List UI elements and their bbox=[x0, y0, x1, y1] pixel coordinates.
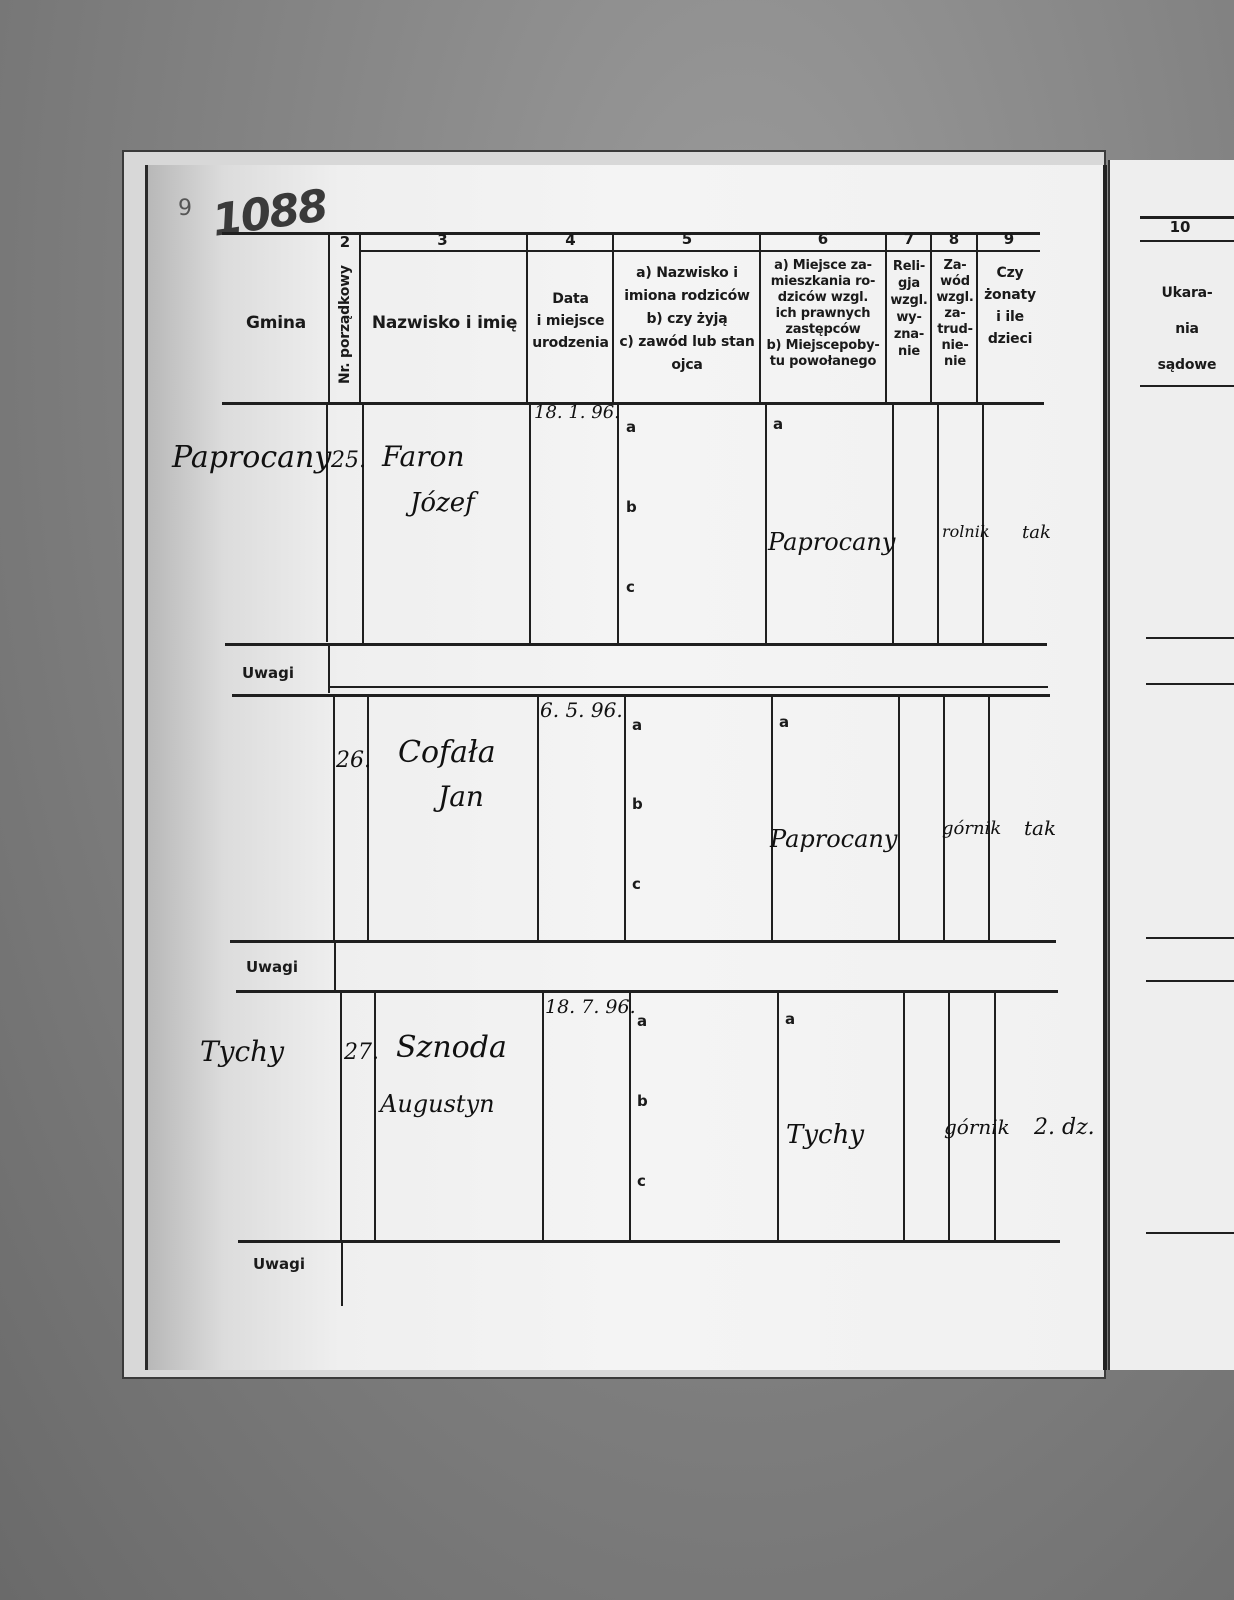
surname-value: Sznoda bbox=[396, 1030, 507, 1065]
col8-header-line: wód bbox=[932, 274, 978, 290]
col4-header-line: i miejsce bbox=[528, 310, 613, 332]
row-rule bbox=[232, 694, 1050, 697]
col-num-5: 5 bbox=[614, 230, 760, 248]
col9-header-line: żonaty bbox=[978, 284, 1042, 306]
header-divider bbox=[976, 232, 978, 402]
col4-header-line: urodzenia bbox=[528, 332, 613, 354]
col2-header: Nr. porządkowy bbox=[332, 252, 358, 397]
col5-header-line: imiona rodziców bbox=[614, 285, 760, 308]
row-rule bbox=[236, 990, 1058, 993]
header-divider bbox=[759, 232, 761, 402]
col6-header-line: zastępców bbox=[760, 322, 886, 338]
row-divider bbox=[537, 696, 539, 942]
row-divider bbox=[903, 992, 905, 1242]
col9-header: Czy żonaty i ile dzieci bbox=[978, 262, 1042, 350]
header-divider bbox=[328, 232, 330, 402]
row-rule bbox=[238, 1240, 1060, 1243]
col-num-4: 4 bbox=[528, 231, 613, 249]
remarks-divider bbox=[341, 1240, 343, 1306]
row-divider bbox=[333, 694, 335, 942]
row-divider bbox=[624, 696, 626, 942]
residence-value: Paprocany bbox=[770, 825, 897, 853]
col7-header-line: nie bbox=[886, 343, 932, 360]
row-divider bbox=[529, 402, 531, 644]
sub-label-a: a bbox=[626, 418, 636, 436]
nr-value: 27. bbox=[344, 1040, 379, 1065]
col7-header-line: zna- bbox=[886, 326, 932, 343]
nr-value: 25. bbox=[331, 448, 366, 473]
row-divider bbox=[771, 696, 773, 942]
col9-header-line: dzieci bbox=[978, 328, 1042, 350]
col10-header: Ukara- nia sądowe bbox=[1140, 275, 1234, 383]
col8-header-line: nie bbox=[932, 354, 978, 370]
row-divider bbox=[340, 992, 342, 1242]
col10-header-line: Ukara- bbox=[1140, 275, 1234, 311]
col6-header-line: dziców wzgl. bbox=[760, 290, 886, 306]
married-value: tak bbox=[1022, 522, 1051, 543]
remarks-field bbox=[332, 652, 1042, 684]
row-divider bbox=[367, 696, 369, 942]
gmina-value: Tychy bbox=[200, 1035, 284, 1068]
col8-header-line: wzgl. bbox=[932, 290, 978, 306]
row-divider bbox=[898, 696, 900, 942]
row-divider bbox=[892, 402, 894, 644]
col10-header-line: sądowe bbox=[1140, 347, 1234, 383]
sub-label-a: a bbox=[773, 415, 783, 433]
col-num-3: 3 bbox=[360, 231, 525, 249]
remarks-field bbox=[338, 948, 1050, 980]
row-rule bbox=[230, 940, 1056, 943]
gmina-value: Paprocany bbox=[172, 440, 331, 475]
row-rule bbox=[225, 643, 1047, 646]
col8-header-line: nie- bbox=[932, 338, 978, 354]
given-name-value: Jan bbox=[438, 780, 484, 813]
sub-label-a: a bbox=[637, 1012, 647, 1030]
header-bottom-rule bbox=[222, 402, 1044, 405]
remarks-divider bbox=[334, 940, 336, 992]
surname-value: Faron bbox=[382, 440, 465, 473]
sub-label-c: c bbox=[637, 1172, 646, 1190]
residence-value: Paprocany bbox=[768, 528, 895, 556]
col10-rule bbox=[1146, 1232, 1234, 1234]
col5-header-line: c) zawód lub stan bbox=[614, 331, 760, 354]
col6-header-line: mieszkania ro- bbox=[760, 274, 886, 290]
header-divider bbox=[359, 232, 361, 402]
birth-date-value: 6. 5. 96. bbox=[540, 698, 623, 722]
col-num-8: 8 bbox=[932, 230, 976, 248]
row-divider bbox=[542, 992, 544, 1242]
col10-rule bbox=[1146, 637, 1234, 639]
occupation-value: górnik bbox=[944, 1115, 1010, 1139]
row-divider bbox=[326, 402, 328, 642]
remarks-label: Uwagi bbox=[253, 1255, 305, 1273]
col-num-10: 10 bbox=[1140, 218, 1220, 236]
nr-value: 26. bbox=[336, 748, 371, 773]
col5-header-line: b) czy żyją bbox=[614, 308, 760, 331]
col-num-2: 2 bbox=[330, 233, 360, 251]
occupation-value: rolnik bbox=[942, 522, 990, 541]
col-num-6: 6 bbox=[760, 230, 886, 248]
col3-header: Nazwisko i imię bbox=[362, 315, 527, 331]
col5-header-line: a) Nazwisko i bbox=[614, 262, 760, 285]
col10-rule bbox=[1146, 937, 1234, 939]
col6-header-line: ich prawnych bbox=[760, 306, 886, 322]
sub-label-a: a bbox=[785, 1010, 795, 1028]
sub-label-a: a bbox=[779, 713, 789, 731]
col7-header: Reli- gja wzgl. wy- zna- nie bbox=[886, 258, 932, 360]
birth-date-value: 18. 7. 96. bbox=[545, 996, 636, 1018]
col8-header-line: za- bbox=[932, 306, 978, 322]
sub-label-b: b bbox=[632, 795, 643, 813]
col5-header-line: ojca bbox=[614, 354, 760, 377]
occupation-value: górnik bbox=[942, 818, 1001, 839]
col6-header-line: a) Miejsce za- bbox=[760, 258, 886, 274]
row-divider bbox=[362, 402, 364, 644]
col5-header: a) Nazwisko i imiona rodziców b) czy żyj… bbox=[614, 262, 760, 377]
col10-rule bbox=[1146, 980, 1234, 982]
row-divider bbox=[937, 402, 939, 644]
col9-header-line: Czy bbox=[978, 262, 1042, 284]
col7-header-line: wzgl. bbox=[886, 292, 932, 309]
corner-number: 9 bbox=[178, 196, 192, 221]
married-value: tak bbox=[1024, 816, 1056, 840]
remarks-label: Uwagi bbox=[242, 664, 294, 682]
col10-header-bottom-rule bbox=[1140, 385, 1234, 387]
header-number-rule bbox=[360, 250, 1040, 252]
col6-header-line: tu powołanego bbox=[760, 354, 886, 370]
col-num-7: 7 bbox=[887, 230, 931, 248]
given-name-value: Józef bbox=[410, 488, 475, 518]
married-value: 2. dz. bbox=[1034, 1115, 1095, 1140]
col7-header-line: gja bbox=[886, 275, 932, 292]
col1-header: Gmina bbox=[222, 315, 330, 331]
col10-header-line: nia bbox=[1140, 311, 1234, 347]
row-divider bbox=[374, 992, 376, 1242]
col8-header-line: Za- bbox=[932, 258, 978, 274]
col10-rule bbox=[1146, 683, 1234, 685]
surname-value: Cofała bbox=[398, 735, 496, 770]
col6-header: a) Miejsce za- mieszkania ro- dziców wzg… bbox=[760, 258, 886, 370]
remarks-field bbox=[346, 1248, 1058, 1298]
residence-value: Tychy bbox=[786, 1120, 864, 1150]
col9-header-line: i ile bbox=[978, 306, 1042, 328]
header-divider bbox=[526, 232, 528, 402]
given-name-value: Augustyn bbox=[380, 1090, 495, 1118]
remarks-rule bbox=[328, 686, 1048, 688]
col7-header-line: wy- bbox=[886, 309, 932, 326]
sub-label-c: c bbox=[632, 875, 641, 893]
birth-date-value: 18. 1. 96. bbox=[534, 402, 620, 423]
col7-header-line: Reli- bbox=[886, 258, 932, 275]
sub-label-b: b bbox=[626, 498, 637, 516]
sub-label-b: b bbox=[637, 1092, 648, 1110]
sub-label-a: a bbox=[632, 716, 642, 734]
row-divider bbox=[629, 992, 631, 1242]
sub-label-c: c bbox=[626, 578, 635, 596]
col8-header: Za- wód wzgl. za- trud- nie- nie bbox=[932, 258, 978, 370]
col4-header-line: Data bbox=[528, 288, 613, 310]
col4-header: Data i miejsce urodzenia bbox=[528, 288, 613, 354]
header-divider bbox=[885, 232, 887, 402]
col6-header-line: b) Miejscepoby- bbox=[760, 338, 886, 354]
row-divider bbox=[617, 402, 619, 644]
row-divider bbox=[765, 402, 767, 644]
col-num-9: 9 bbox=[978, 230, 1040, 248]
col10-number-rule bbox=[1140, 240, 1234, 242]
remarks-label: Uwagi bbox=[246, 958, 298, 976]
header-divider bbox=[612, 232, 614, 402]
col8-header-line: trud- bbox=[932, 322, 978, 338]
row-divider bbox=[777, 992, 779, 1242]
header-divider bbox=[930, 232, 932, 402]
